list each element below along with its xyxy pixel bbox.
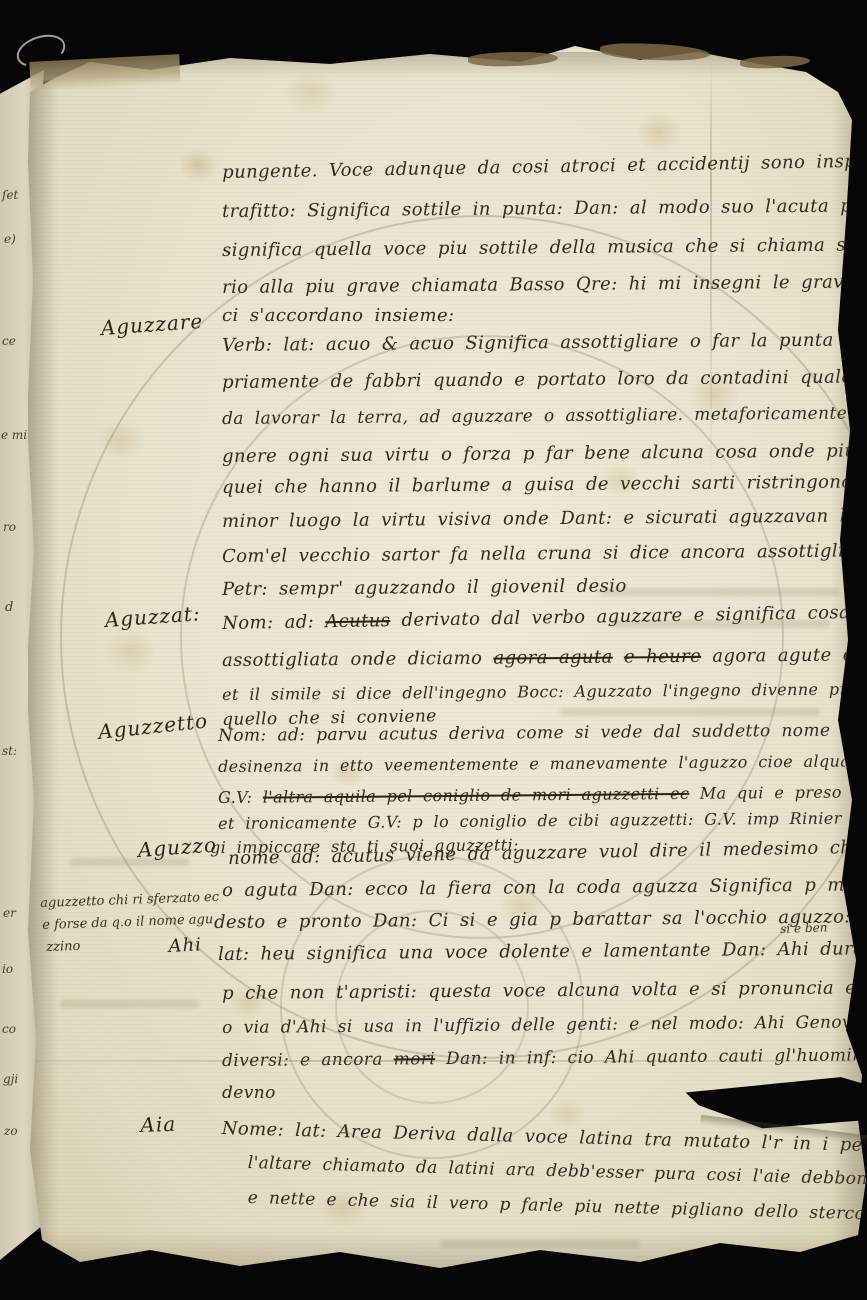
stain [688, 372, 740, 418]
text-line: et ironicamente G.V: p lo coniglio de ci… [218, 808, 867, 833]
watermark-ring-lower-inner [335, 910, 529, 1104]
text-line: G.V: l'altra aquila pel coniglio de mori… [218, 782, 867, 807]
bleedthrough-line [440, 1240, 640, 1248]
text-line: Com'el vecchio sartor fa nella cruna si … [222, 540, 867, 567]
text-line: l'altare chiamato da latini ara debb'ess… [247, 1153, 867, 1192]
stain [104, 630, 156, 674]
text-line: desto e pronto Dan: Ci si e gia p baratt… [214, 906, 851, 933]
text-line: lat: heu significa una voce dolente e la… [218, 938, 867, 965]
bleedthrough-line [70, 858, 190, 866]
text-line: e nette e che sia il vero p farle piu ne… [247, 1188, 867, 1226]
text-line: desinenza in etto veementemente e maneva… [218, 751, 867, 776]
watermark-ring-lower-outer [280, 855, 584, 1159]
text-line: gi impiccare sta ti suoi aguzzetti: [210, 835, 519, 857]
stain [96, 420, 144, 460]
stain [636, 112, 682, 152]
text-line: da lavorar la terra, ad aguzzare o assot… [222, 402, 867, 429]
fragment: e mi [1, 428, 27, 442]
fragment: ſet [2, 188, 18, 202]
text-line: pungente. Voce adunque da cosi atroci et… [222, 149, 867, 183]
text-line: gnere ogni sua virtu o forza p far bene … [222, 439, 867, 467]
text-line: Petr: sempr' aguzzando il giovenil desio [222, 575, 627, 600]
bleedthrough-line [610, 620, 830, 628]
text-line: o aguta Dan: ecco la fiera con la coda a… [222, 874, 867, 901]
text-line: quei che hanno il barlume a guisa de vec… [222, 470, 867, 498]
text-line: assottigliata onde diciamo agora aguta e… [222, 643, 867, 671]
headword: Aia [140, 1112, 177, 1137]
headword: Aguzzat: [104, 601, 201, 632]
fragment: zo [4, 1124, 18, 1138]
text-line: devno [222, 1083, 276, 1103]
text-line: significa quella voce piu sottile della … [222, 233, 867, 261]
stain [330, 758, 366, 788]
text-line: p che non t'apristi: questa voce alcuna … [222, 977, 867, 1004]
stain [228, 986, 268, 1020]
text-line: quello che si conviene [222, 706, 437, 730]
text-line: et il simile si dice dell'ingegno Bocc: … [222, 679, 867, 704]
sidenote: e forse da q.o il nome agu [42, 912, 213, 933]
stain [178, 148, 218, 182]
headword: Aguzzare [100, 309, 204, 340]
stain [500, 888, 544, 924]
fragment: ce [2, 334, 16, 348]
text-line: priamente de fabbri quando e portato lor… [222, 365, 867, 393]
text-line: ci s'accordano insieme: [222, 305, 454, 326]
fragment: er [3, 906, 16, 920]
text-line: minor luogo la virtu visiva onde Dant: e… [222, 505, 867, 532]
text-line: Verb: lat: acuo & acuo Significa assotti… [222, 328, 867, 356]
horizontal-fold-crease [30, 1060, 854, 1062]
text-line: diversi: e ancora mori Dan: in inf: cio … [222, 1045, 867, 1071]
bottom-edge-shadow [30, 1230, 850, 1270]
vertical-fold-crease [710, 56, 712, 486]
watermark-ring-inner [180, 335, 784, 939]
text-line: nome ad: acutus viene da aguzzare vuol d… [228, 835, 867, 869]
sidenote: si e ben [780, 920, 828, 936]
torn-edge-debris [740, 54, 811, 70]
sidenote: zzino [46, 939, 81, 955]
stain [316, 1188, 368, 1228]
watermark-ring-outer [60, 215, 867, 1059]
fragment: io [2, 962, 13, 976]
stain [600, 462, 642, 498]
stain [548, 1098, 586, 1130]
text-line: o via d'Ahi si usa in l'uffizio delle ge… [222, 1012, 867, 1038]
headword: Aguzzo [137, 832, 218, 861]
text-line: Nom: ad: parvu acutus deriva come si ved… [218, 719, 867, 746]
bleedthrough-line [60, 1000, 200, 1008]
fragment: ro [3, 520, 16, 534]
bleedthrough-line [600, 588, 840, 596]
text-line: trafitto: Significa sottile in punta: Da… [222, 194, 867, 222]
sidenote: aguzzetto chi ri sferzato ec [40, 890, 219, 911]
fragment: st: [2, 744, 17, 758]
stain [284, 70, 338, 114]
text-line: Nom: ad: Acutus derivato dal verbo aguzz… [222, 600, 867, 634]
fragment: co [2, 1022, 16, 1036]
bleedthrough-line [560, 708, 820, 716]
text-line: rio alla piu grave chiamata Basso Qre: h… [222, 270, 867, 298]
fragment: e) [4, 232, 16, 246]
right-edge-shadow [831, 70, 867, 1250]
headword: Ahi [168, 934, 202, 957]
headword: Aguzzetto [97, 708, 209, 743]
fragment: d [5, 600, 13, 615]
manuscript-photo: pungente. Voce adunque da cosi atroci et… [0, 0, 867, 1300]
fragment: gji [3, 1072, 18, 1086]
